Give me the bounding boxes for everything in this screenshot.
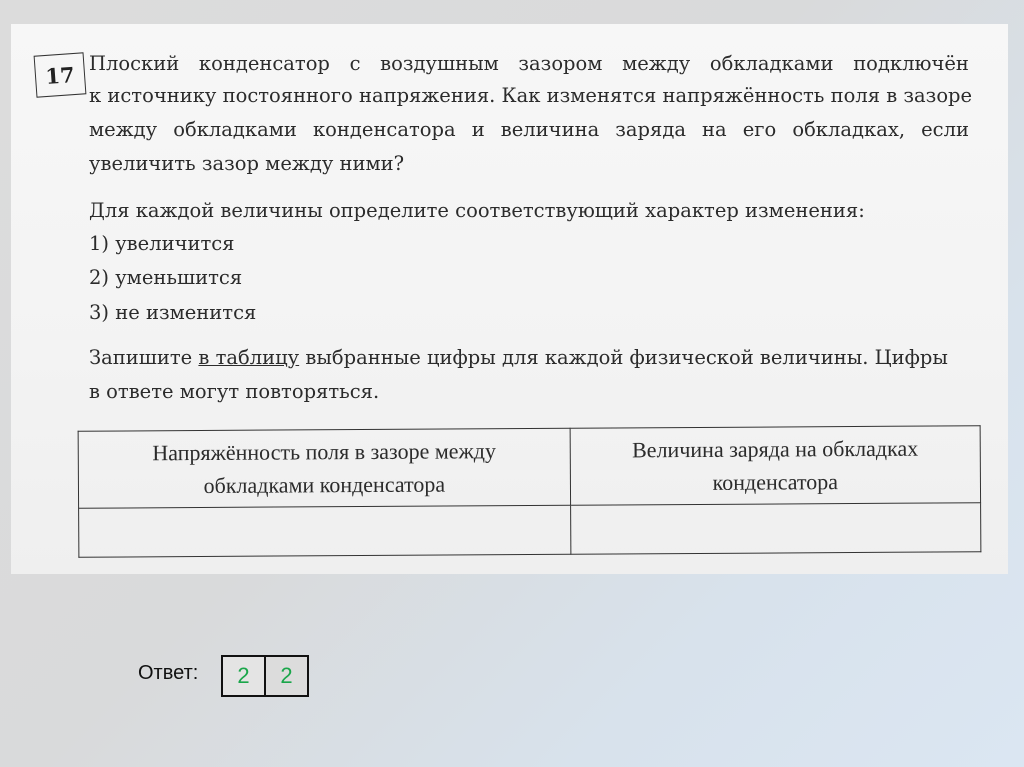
question-word: если [921, 118, 969, 141]
cell-charge[interactable] [570, 503, 981, 555]
header-charge: Величина заряда на обкладках конденсатор… [570, 426, 981, 506]
question-word: между [89, 118, 157, 141]
write-suffix: выбранные цифры для каждой физической ве… [299, 346, 948, 369]
question-word: с [350, 52, 361, 75]
question-word: подключён [853, 52, 969, 75]
answer-box: 2 2 [221, 655, 309, 697]
answer-table: Напряжённость поля в зазоре между обклад… [78, 425, 982, 558]
instruction-text: Для каждой величины определите соответст… [89, 199, 865, 222]
answer-digit-1: 2 [223, 657, 264, 695]
cell-field-strength[interactable] [79, 505, 571, 557]
answer-table-row [79, 503, 981, 558]
question-word: заряда [615, 118, 686, 141]
question-word: величина [501, 118, 599, 141]
question-word: Плоский [89, 52, 179, 75]
question-word: обкладками [710, 52, 834, 75]
write-prefix: Запишите [89, 346, 198, 369]
question-line-4: увеличить зазор между ними? [89, 152, 404, 175]
question-line-2: к источнику постоянного напряжения. Как … [89, 84, 972, 107]
question-word: обкладках, [792, 118, 905, 141]
question-word: обкладками [173, 118, 297, 141]
question-line-3: междуобкладкамиконденсатораивеличиназаря… [89, 118, 969, 141]
write-instruction-line-2: в ответе могут повторяться. [89, 380, 379, 403]
question-word: конденсатора [313, 118, 456, 141]
option-3: 3) не изменится [89, 301, 256, 324]
option-1: 1) увеличится [89, 232, 235, 255]
question-word: конденсатор [199, 52, 330, 75]
answer-table-header-row: Напряжённость поля в зазоре между обклад… [78, 426, 980, 509]
option-2: 2) уменьшится [89, 266, 242, 289]
write-underlined: в таблицу [198, 346, 299, 369]
header-field-strength: Напряжённость поля в зазоре между обклад… [78, 428, 570, 508]
question-word: на [702, 118, 727, 141]
question-word: его [743, 118, 777, 141]
question-word: и [472, 118, 485, 141]
question-word: зазором [518, 52, 602, 75]
question-line-1: Плоскийконденсаторсвоздушнымзазороммежду… [89, 52, 969, 75]
answer-digit-2: 2 [264, 657, 307, 695]
scanned-task-page: 17 Плоскийконденсаторсвоздушнымзазоромме… [11, 24, 1008, 574]
answer-label: Ответ: [138, 662, 198, 685]
task-number-box: 17 [34, 52, 87, 97]
question-word: воздушным [380, 52, 499, 75]
question-word: между [622, 52, 690, 75]
write-instruction-line-1: Запишите в таблицу выбранные цифры для к… [89, 346, 948, 369]
